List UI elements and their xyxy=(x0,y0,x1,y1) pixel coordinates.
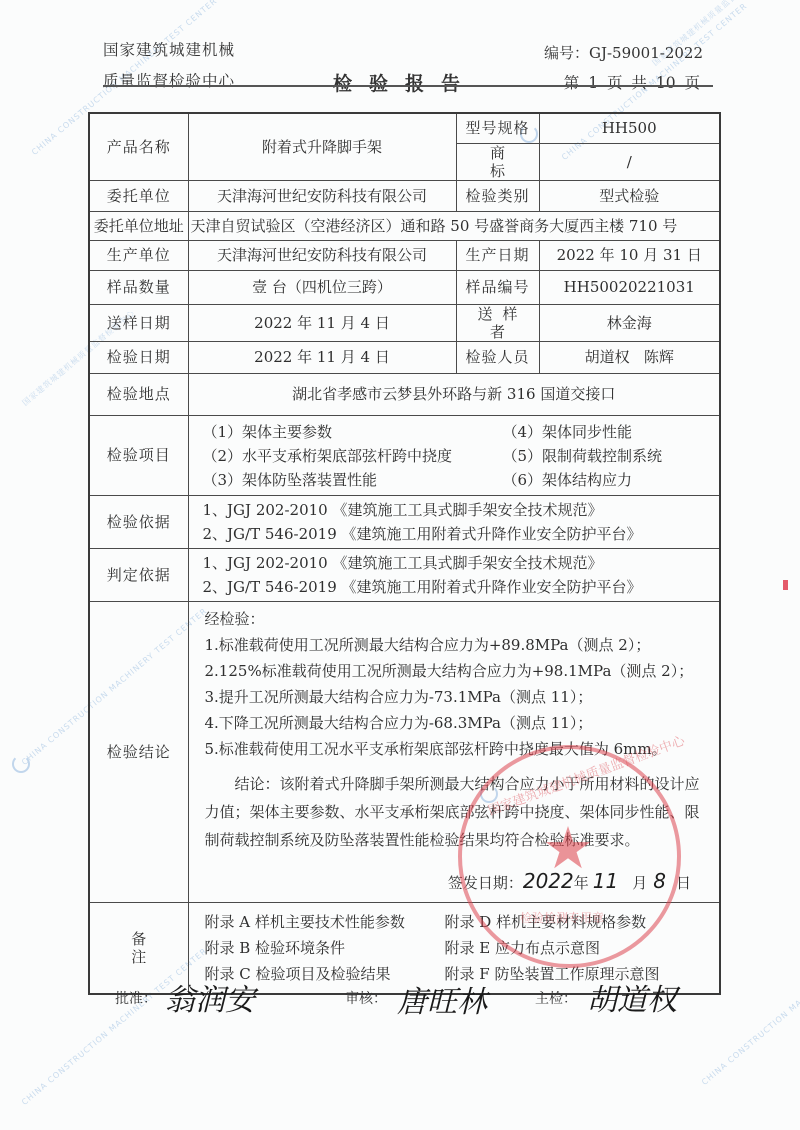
result-item: 5.标准载荷使用工况水平支承桁架底部弦杆跨中挠度最大值为 6mm。 xyxy=(205,736,710,762)
sample-no-label: 样品编号 xyxy=(456,270,539,304)
approve-label: 批准： xyxy=(115,988,157,1008)
client-value: 天津海河世纪安防科技有限公司 xyxy=(188,180,456,211)
inspection-basis-list: 1、JGJ 202-2010 《建筑施工工具式脚手架安全技术规范》 2、JG/T… xyxy=(189,496,720,548)
inspection-basis-label: 检验依据 xyxy=(89,495,188,548)
org-name-line1: 国家建筑城建机械 xyxy=(103,38,235,60)
trademark-value: / xyxy=(539,143,720,180)
judgment-basis-list: 1、JGJ 202-2010 《建筑施工工具式脚手架安全技术规范》 2、JG/T… xyxy=(189,549,720,601)
watermark-logo-icon xyxy=(12,755,30,773)
inspection-item: （6）架体结构应力 xyxy=(503,469,713,491)
inspection-items-list: （1）架体主要参数 （4）架体同步性能 （2）水平支承桁架底部弦杆跨中挠度 （5… xyxy=(189,417,720,493)
result-item: 2.125%标准载荷使用工况所测最大结构合应力为+98.1MPa（测点 2）； xyxy=(205,658,710,684)
appendix-item: 附录 B 检验环境条件 xyxy=(205,935,445,961)
report-number: 编号：GJ-59001-2022 xyxy=(544,42,703,63)
manufacturer-label: 生产单位 xyxy=(89,240,188,270)
production-date-value: 2022 年 10 月 31 日 xyxy=(539,240,720,270)
trademark-label: 商标 xyxy=(456,143,539,180)
model-label: 型号规格 xyxy=(456,113,539,143)
inspection-date-value: 2022 年 11 月 4 日 xyxy=(188,341,456,373)
approve-signature: 翁润安 xyxy=(165,975,255,1019)
inspection-type-label: 检验类别 xyxy=(456,180,539,211)
year-unit: 年 xyxy=(574,874,589,892)
appendix-item: 附录 E 应力布点示意图 xyxy=(445,935,695,961)
inspection-item: （3）架体防坠落装置性能 xyxy=(203,469,503,491)
client-label: 委托单位 xyxy=(89,180,188,211)
product-name-label: 产品名称 xyxy=(89,113,188,180)
inspection-report-table: 产品名称 附着式升降脚手架 型号规格 HH500 商标 / 委托单位 天津海河世… xyxy=(88,112,721,995)
location-label: 检验地点 xyxy=(89,373,188,415)
location-value: 湖北省孝感市云梦县外环路与新 316 国道交接口 xyxy=(188,373,720,415)
manufacturer-value: 天津海河世纪安防科技有限公司 xyxy=(188,240,456,270)
inspection-item: （1）架体主要参数 xyxy=(203,421,503,443)
conclusion-label: 检验结论 xyxy=(89,601,188,902)
judgment-basis-label: 判定依据 xyxy=(89,548,188,601)
inspection-items-label: 检验项目 xyxy=(89,415,188,495)
appendix-item: 附录 D 样机主要材料规格参数 xyxy=(445,909,695,935)
standard-item: 1、JGJ 202-2010 《建筑施工工具式脚手架安全技术规范》 xyxy=(203,551,720,575)
conclusion-content: 经检验： 1.标准载荷使用工况所测最大结构合应力为+89.8MPa（测点 2）；… xyxy=(189,602,720,902)
result-item: 3.提升工况所测最大结构合应力为-73.1MPa（测点 11）； xyxy=(205,684,710,710)
result-item: 4.下降工况所测最大结构合应力为-68.3MPa（测点 11）； xyxy=(205,710,710,736)
inspectors-label: 检验人员 xyxy=(456,341,539,373)
issue-year: 2022 xyxy=(523,869,574,893)
standard-item: 2、JG/T 546-2019 《建筑施工用附着式升降作业安全防护平台》 xyxy=(203,575,720,599)
delivery-date-value: 2022 年 11 月 4 日 xyxy=(188,304,456,341)
issue-date: 签发日期：2022年11月8日 xyxy=(205,868,710,896)
inspection-item: （4）架体同步性能 xyxy=(503,421,713,443)
inspection-item: （5）限制荷载控制系统 xyxy=(503,445,713,467)
inspection-type-value: 型式检验 xyxy=(539,180,720,211)
sender-value: 林金海 xyxy=(539,304,720,341)
appendix-item: 附录 A 样机主要技术性能参数 xyxy=(205,909,445,935)
conclusion-intro: 经检验： xyxy=(205,606,710,632)
header-divider xyxy=(103,85,713,87)
product-name-value: 附着式升降脚手架 xyxy=(188,113,456,180)
inspection-item: （2）水平支承桁架底部弦杆跨中挠度 xyxy=(203,445,503,467)
day-unit: 日 xyxy=(676,874,691,892)
sender-label: 送样者 xyxy=(456,304,539,341)
result-item: 1.标准载荷使用工况所测最大结构合应力为+89.8MPa（测点 2）； xyxy=(205,632,710,658)
inspection-date-label: 检验日期 xyxy=(89,341,188,373)
final-conclusion: 结论：该附着式升降脚手架所测最大结构合应力小于所用材料的设计应力值；架体主要参数… xyxy=(205,770,710,854)
main-inspector-signature: 胡道权 xyxy=(587,975,677,1019)
sample-no-value: HH50020221031 xyxy=(539,270,720,304)
page-info: 第 1 页 共 10 页 xyxy=(564,71,700,93)
issue-day: 8 xyxy=(653,869,666,893)
report-header: 国家建筑城建机械 质量监督检验中心 检验报告 编号：GJ-59001-2022 … xyxy=(103,38,703,83)
client-address-value: 天津自贸试验区（空港经济区）通和路 50 号盛誉商务大厦西主楼 710 号 xyxy=(188,211,720,240)
signature-section: 批准： 翁润安 审核： 唐旺林 主检： 胡道权 xyxy=(115,975,715,1045)
inspectors-value: 胡道权 陈辉 xyxy=(539,341,720,373)
report-title: 检验报告 xyxy=(333,69,477,96)
model-value: HH500 xyxy=(539,113,720,143)
client-address-label: 委托单位地址 xyxy=(89,211,188,240)
standard-item: 2、JG/T 546-2019 《建筑施工用附着式升降作业安全防护平台》 xyxy=(203,522,720,546)
issue-date-label: 签发日期： xyxy=(448,874,523,892)
sample-quantity-value: 壹 台（四机位三跨） xyxy=(188,270,456,304)
month-unit: 月 xyxy=(632,874,647,892)
seal-edge-mark xyxy=(783,580,788,590)
main-inspector-label: 主检： xyxy=(535,988,577,1008)
review-label: 审核： xyxy=(345,988,387,1008)
org-name-line2: 质量监督检验中心 xyxy=(103,69,235,91)
delivery-date-label: 送样日期 xyxy=(89,304,188,341)
standard-item: 1、JGJ 202-2010 《建筑施工工具式脚手架安全技术规范》 xyxy=(203,498,720,522)
review-signature: 唐旺林 xyxy=(397,977,487,1021)
sample-quantity-label: 样品数量 xyxy=(89,270,188,304)
production-date-label: 生产日期 xyxy=(456,240,539,270)
issue-month: 11 xyxy=(593,869,618,893)
